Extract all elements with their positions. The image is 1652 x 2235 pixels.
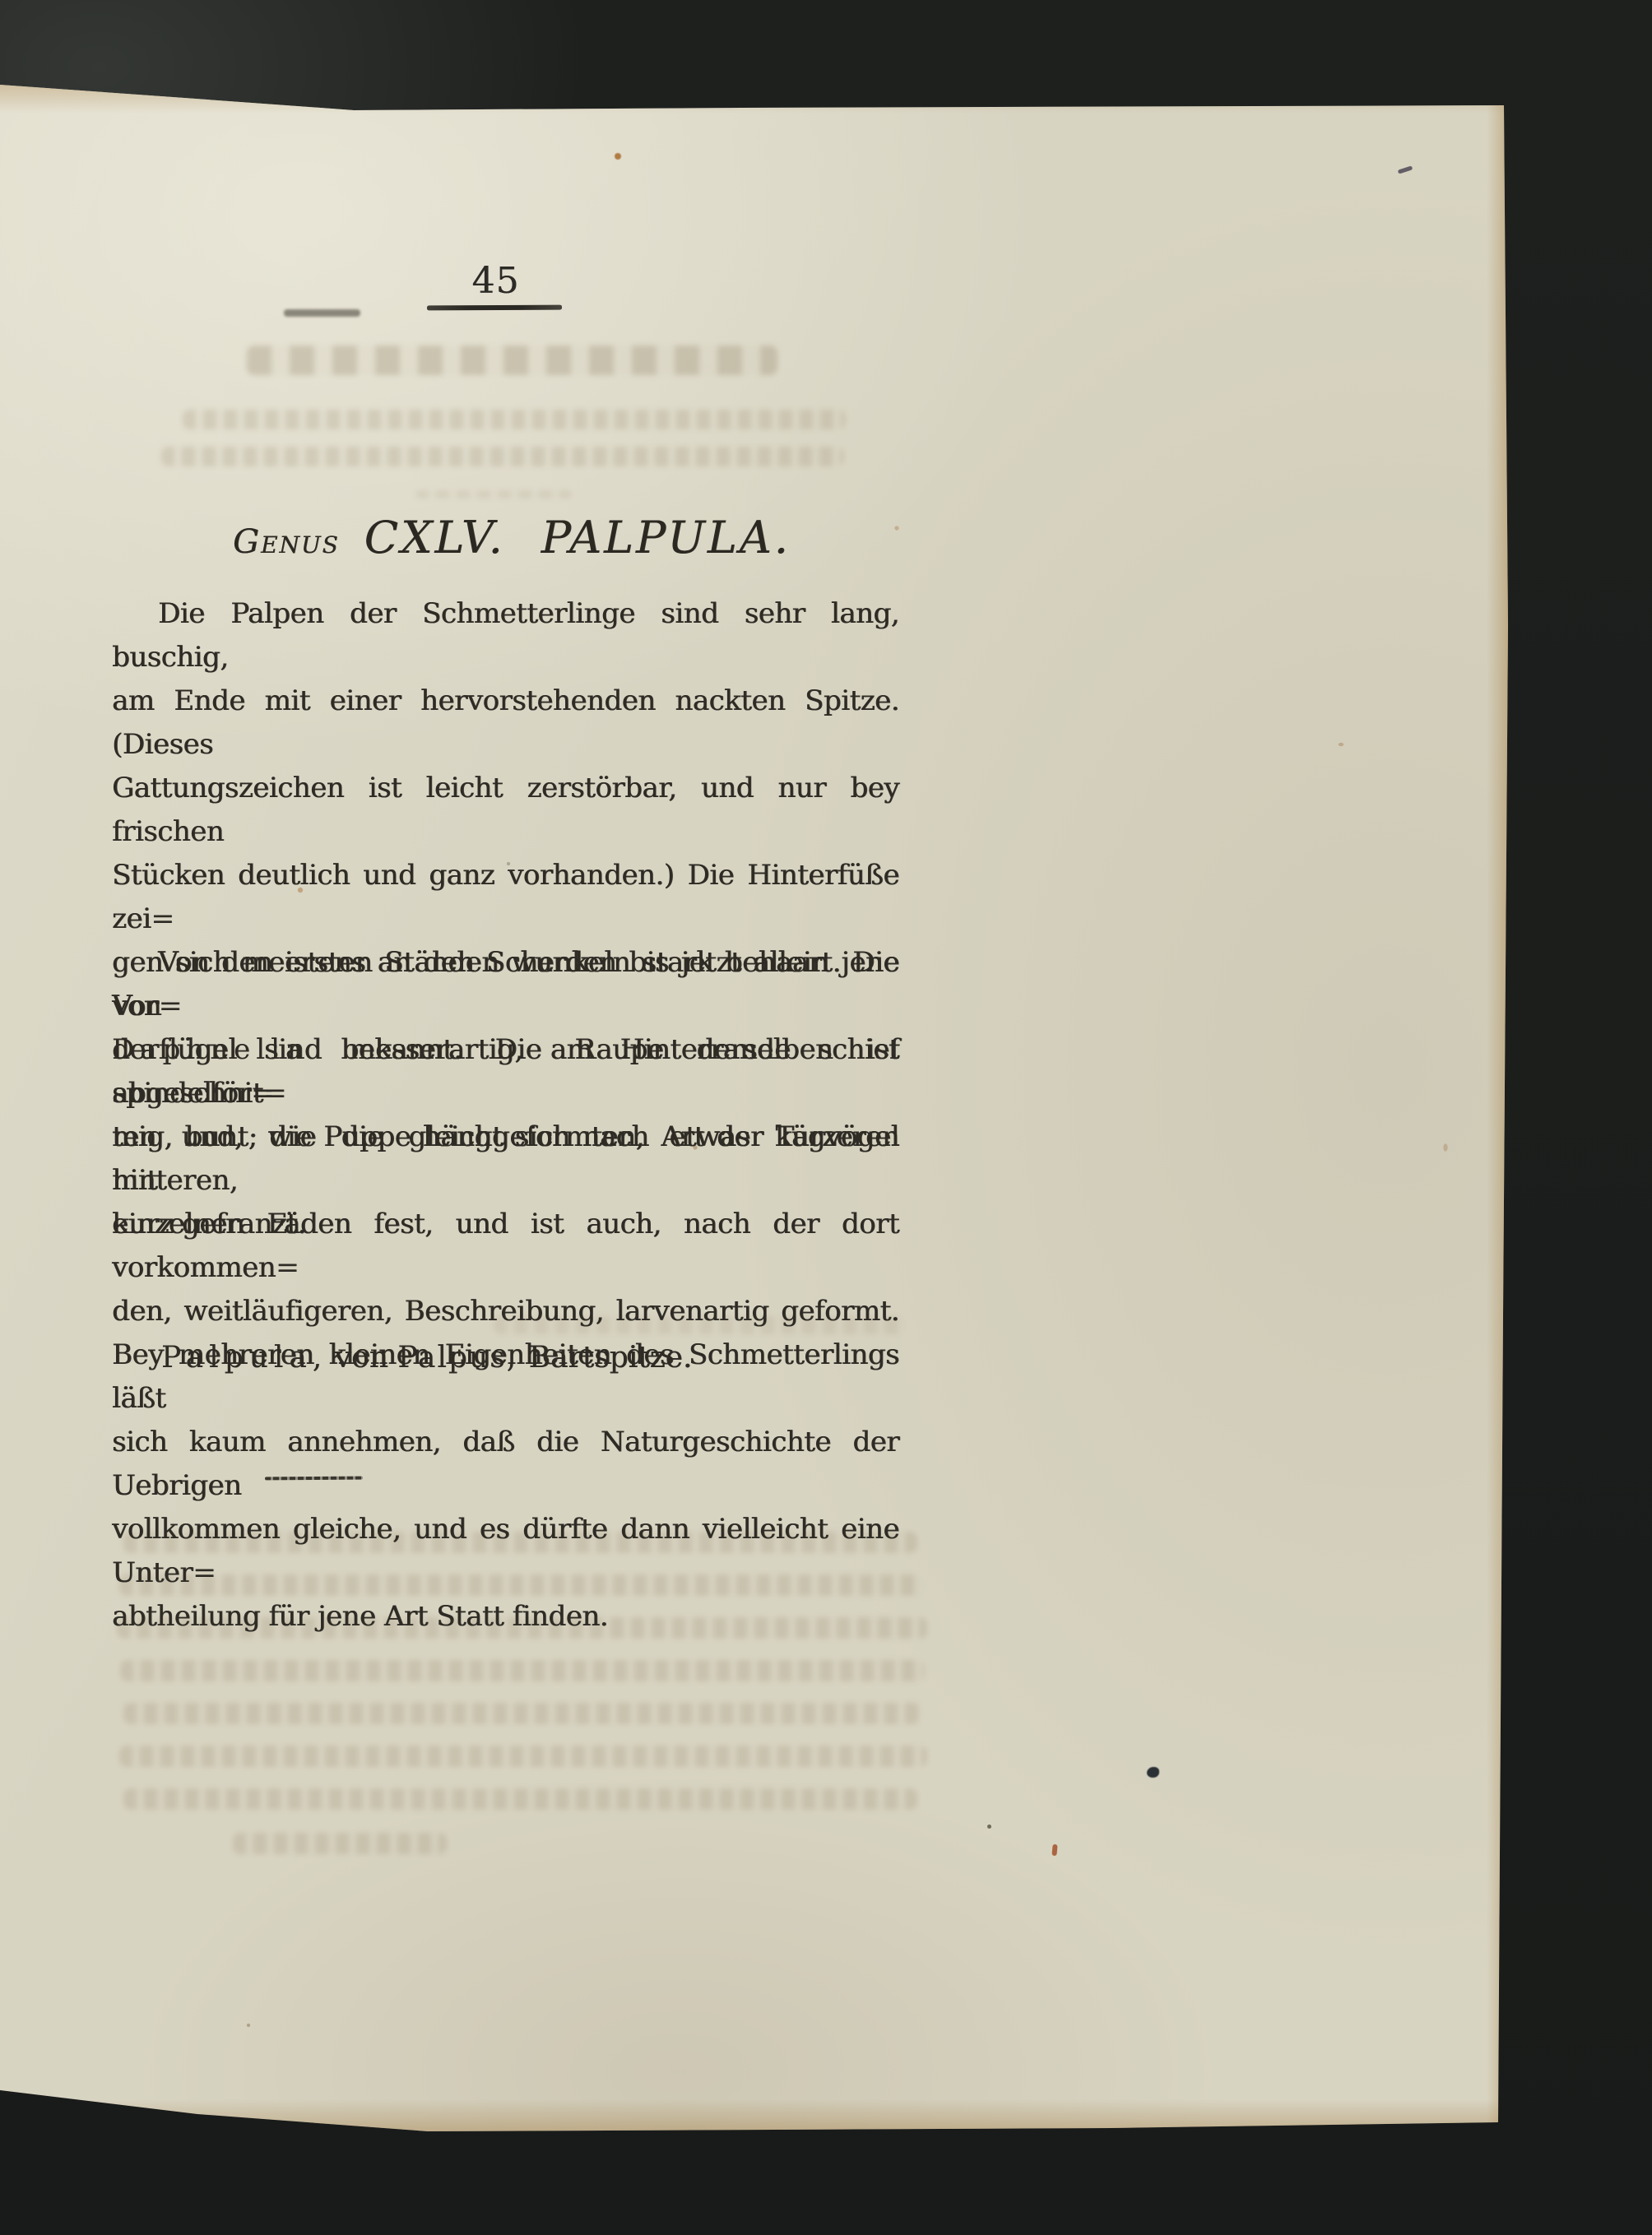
text-line: einzelnen Fäden fest, und ist auch, nach… bbox=[112, 1203, 899, 1290]
section-divider-rule bbox=[265, 1477, 363, 1481]
text-line: Stücken deutlich und ganz vorhanden.) Di… bbox=[112, 854, 899, 941]
etymology-line: Palpula, von Palpus, Bartspitze. bbox=[112, 1336, 899, 1379]
paper-edge-shading-bottom bbox=[0, 2099, 1508, 2134]
bleedthrough-ghost-line bbox=[123, 1703, 920, 1724]
scan-background: 45 Genus CXLV. PALPULA. Die Palpen der S… bbox=[0, 0, 1652, 2235]
text-line: sich kaum annehmen, daß die Naturgeschic… bbox=[112, 1421, 899, 1508]
text-segment: Palpula bbox=[161, 1341, 313, 1375]
genus-label: Genus bbox=[233, 523, 340, 561]
bleedthrough-ghost-line bbox=[120, 1660, 925, 1681]
text-segment: einzelnen Fäden fest, und ist auch, nach… bbox=[112, 1208, 899, 1284]
text-line: Die Palpen der Schmetterlinge sind sehr … bbox=[112, 592, 899, 679]
ink-dash-mark bbox=[1398, 165, 1413, 174]
text-line: Daphnella bekannt. Die Raupe derselben i… bbox=[112, 1028, 899, 1115]
paper-edge-shading-top bbox=[0, 79, 1508, 114]
text-segment: , bbox=[313, 1341, 335, 1375]
genus-numeral: CXLV. bbox=[364, 512, 505, 563]
text-line: abtheilung für jene Art Statt finden. bbox=[112, 1595, 899, 1639]
text-line: den, weitläufigeren, Beschreibung, larve… bbox=[112, 1290, 899, 1333]
bleedthrough-ghost-line bbox=[123, 1788, 917, 1810]
text-line: vollkommen gleiche, und es dürfte dann v… bbox=[112, 1508, 899, 1595]
text-segment: mig, bunt; die Puppe hängt sich nach Art… bbox=[112, 1120, 899, 1197]
ink-blot bbox=[1147, 1767, 1159, 1778]
bleedthrough-ghost-line bbox=[161, 447, 844, 466]
text-segment: Daphnella bbox=[112, 1033, 308, 1066]
text-segment: sich kaum annehmen, daß die Naturgeschic… bbox=[112, 1426, 899, 1502]
text-segment: Die Palpen der Schmetterlinge sind sehr … bbox=[112, 597, 899, 674]
bleedthrough-ghost-rule bbox=[415, 490, 572, 498]
text-segment: Bartspitze. bbox=[529, 1341, 693, 1375]
bleedthrough-ghost-line bbox=[119, 1746, 927, 1767]
rust-mark bbox=[1051, 1844, 1057, 1856]
book-page: 45 Genus CXLV. PALPULA. Die Palpen der S… bbox=[0, 0, 1508, 2135]
text-segment: Stücken deutlich und ganz vorhanden.) Di… bbox=[112, 859, 899, 935]
text-line: am Ende mit einer hervorstehenden nackte… bbox=[112, 679, 899, 767]
bleedthrough-ghost-heading bbox=[247, 345, 777, 375]
bleedthrough-ghost-line bbox=[183, 410, 846, 429]
text-segment: von bbox=[335, 1341, 398, 1375]
ink-smudge bbox=[284, 309, 360, 317]
text-segment: , bbox=[507, 1341, 529, 1375]
text-line: mig, bunt; die Puppe hängt sich nach Art… bbox=[112, 1115, 899, 1203]
paper-edge-shading-right bbox=[1487, 99, 1508, 2126]
paper-fleck bbox=[615, 153, 621, 160]
genus-name: PALPULA. bbox=[541, 512, 791, 563]
page-number: 45 bbox=[428, 260, 564, 302]
text-segment: abtheilung für jene Art Statt finden. bbox=[112, 1600, 608, 1633]
text-segment: am Ende mit einer hervorstehenden nackte… bbox=[112, 684, 899, 761]
bleedthrough-ghost-line bbox=[233, 1833, 447, 1854]
genus-heading: Genus CXLV. PALPULA. bbox=[233, 512, 791, 563]
text-segment: den, weitläufigeren, Beschreibung, larve… bbox=[112, 1295, 899, 1328]
page-number-underline bbox=[427, 305, 562, 311]
text-segment: vollkommen gleiche, und es dürfte dann v… bbox=[112, 1513, 899, 1589]
text-segment: Palpus bbox=[397, 1341, 506, 1375]
text-line: Von den ersten Ständen wurden bis jetzt … bbox=[112, 941, 899, 1028]
text-segment: Gattungszeichen ist leicht zerstörbar, u… bbox=[112, 772, 899, 848]
text-segment: Von den ersten Ständen wurden bis jetzt … bbox=[112, 946, 899, 1022]
paragraph-early-stages: Von den ersten Ständen wurden bis jetzt … bbox=[112, 941, 899, 1639]
paper-speck bbox=[987, 1825, 991, 1829]
text-line: Gattungszeichen ist leicht zerstörbar, u… bbox=[112, 767, 899, 854]
